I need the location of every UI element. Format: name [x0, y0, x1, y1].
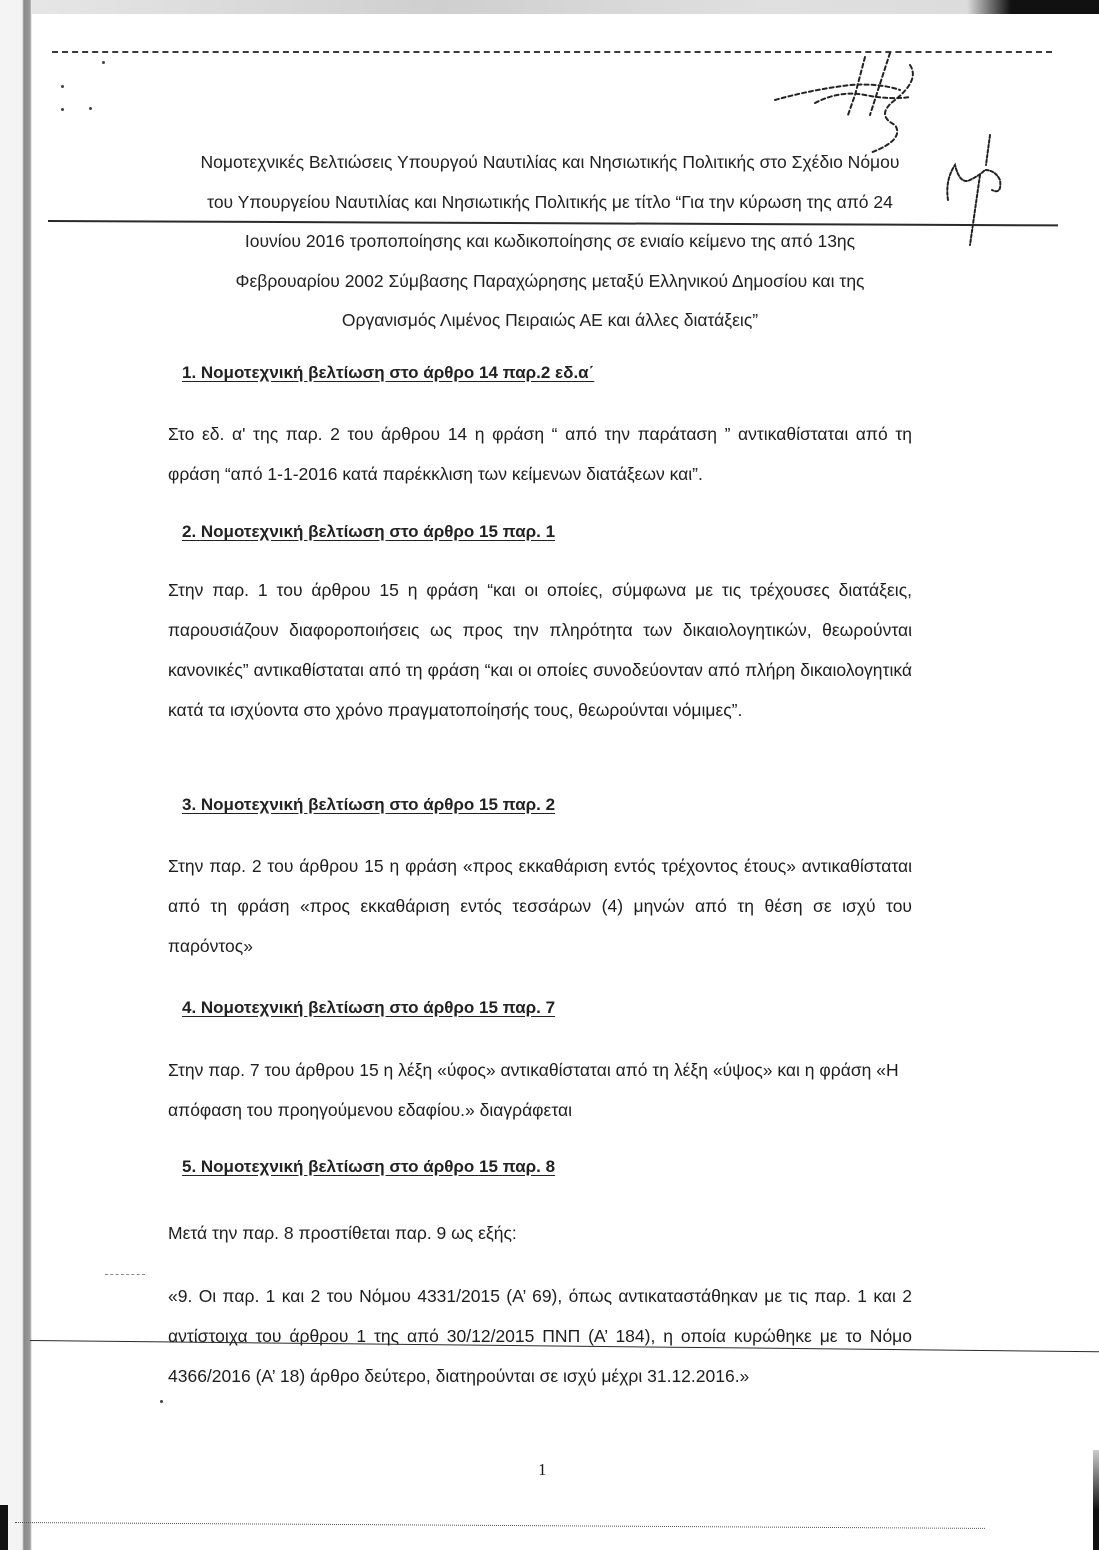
scan-speck: [89, 107, 92, 110]
title-line: Φεβρουαρίου 2002 Σύμβασης Παραχώρησης με…: [150, 262, 950, 302]
section-paragraph-3: Στην παρ. 2 του άρθρου 15 η φράση «προς …: [168, 846, 912, 966]
scan-edge-left: [0, 0, 32, 1550]
scan-speck: [61, 108, 64, 111]
title-line: Οργανισμός Λιμένος Πειραιώς ΑΕ και άλλες…: [150, 301, 950, 341]
scan-edge-left-bottom: [0, 1505, 8, 1550]
section-heading-2: 2. Νομοτεχνική βελτίωση στο άρθρο 15 παρ…: [182, 522, 555, 542]
scan-edge-right-bottom: [1093, 1450, 1099, 1550]
scan-speck: [102, 61, 105, 64]
section-heading-1: 1. Νομοτεχνική βελτίωση στο άρθρο 14 παρ…: [182, 363, 594, 383]
section-paragraph-5a: Μετά την παρ. 8 προστίθεται παρ. 9 ως εξ…: [168, 1213, 912, 1253]
section-paragraph-2: Στην παρ. 1 του άρθρου 15 η φράση “και ο…: [168, 570, 912, 730]
section-paragraph-4: Στην παρ. 7 του άρθρου 15 η λέξη «ύφος» …: [168, 1050, 912, 1130]
bottom-dotted-rule: [15, 1522, 985, 1529]
title-line: Ιουνίου 2016 τροποποίησης και κωδικοποίη…: [150, 222, 950, 262]
scan-speck-row: [105, 1274, 145, 1275]
section-heading-3: 3. Νομοτεχνική βελτίωση στο άρθρο 15 παρ…: [182, 795, 555, 815]
document-title: Νομοτεχνικές Βελτιώσεις Υπουργού Ναυτιλί…: [150, 143, 950, 341]
scan-speck: [61, 85, 64, 88]
scan-edge-top: [0, 0, 1099, 14]
initials-icon: [940, 130, 1020, 250]
section-heading-4: 4. Νομοτεχνική βελτίωση στο άρθρο 15 παρ…: [182, 998, 555, 1018]
scan-speck: [160, 1400, 163, 1403]
page-number: 1: [538, 1460, 547, 1480]
title-line: του Υπουργείου Ναυτιλίας και Νησιωτικής …: [150, 183, 950, 223]
section-paragraph-1: Στο εδ. α' της παρ. 2 του άρθρου 14 η φρ…: [168, 414, 912, 494]
title-line: Νομοτεχνικές Βελτιώσεις Υπουργού Ναυτιλί…: [150, 143, 950, 183]
section-heading-5: 5. Νομοτεχνική βελτίωση στο άρθρο 15 παρ…: [182, 1157, 555, 1177]
section-paragraph-5b: «9. Οι παρ. 1 και 2 του Νόμου 4331/2015 …: [168, 1276, 912, 1396]
